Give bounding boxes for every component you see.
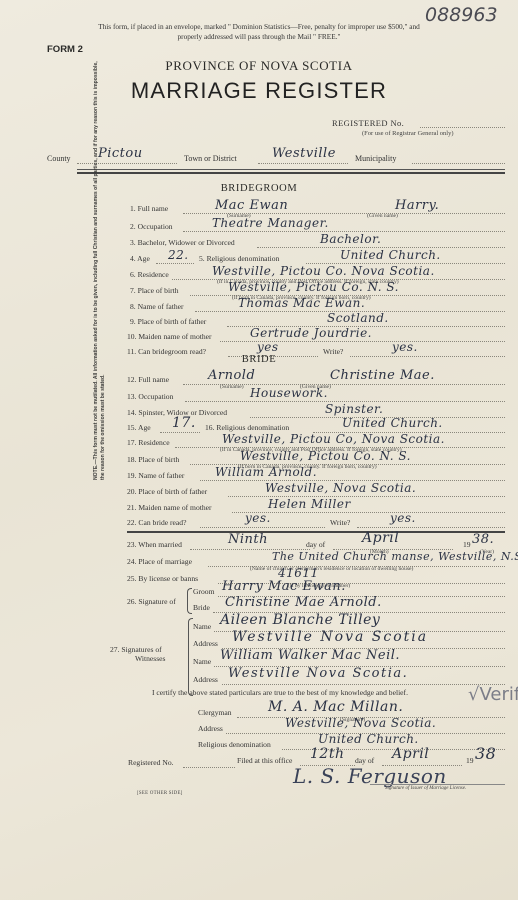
town-dots bbox=[258, 163, 348, 164]
registered-no-note: (For use of Registrar General only) bbox=[362, 130, 454, 137]
groom-father: Thomas Mac Ewan. bbox=[238, 296, 365, 310]
dots bbox=[232, 512, 505, 513]
groom-age: 22. bbox=[168, 248, 189, 262]
bride-surname: Arnold bbox=[208, 368, 255, 383]
dots bbox=[183, 767, 235, 768]
filed-day: 12th bbox=[310, 746, 344, 762]
groom-birthplace-label: 7. Place of birth bbox=[130, 286, 179, 295]
postal-notice-line1: This form, if placed in an envelope, mar… bbox=[0, 22, 518, 31]
province-heading: PROVINCE OF NOVA SCOTIA bbox=[0, 58, 518, 74]
bride-read: yes. bbox=[245, 511, 271, 525]
witnesses-label-line2: Witnesses bbox=[135, 654, 166, 663]
groom-age-label: 4. Age bbox=[130, 254, 150, 263]
license-number: 41611 bbox=[278, 566, 319, 580]
form-label: FORM 2 bbox=[47, 44, 83, 55]
filed-label: Filed at this office bbox=[237, 756, 292, 765]
bride-religion-label: 16. Religious denomination bbox=[205, 423, 289, 432]
bride-age: 17. bbox=[172, 415, 196, 431]
clergyman-address: Westville, Nova Scotia. bbox=[285, 716, 436, 730]
witness1-name-label: Name bbox=[193, 622, 211, 631]
place-of-marriage-label: 24. Place of marriage bbox=[127, 557, 192, 566]
surname-caption: (Surname) bbox=[220, 384, 244, 390]
dots bbox=[156, 263, 194, 264]
marriage-day: Ninth bbox=[228, 532, 268, 547]
groom-father-birthplace-label: 9. Place of birth of father bbox=[130, 317, 206, 326]
clergyman-religion-label: Religious denomination bbox=[198, 740, 271, 749]
groom-religion: United Church. bbox=[340, 248, 441, 262]
signature-of-label: 26. Signature of bbox=[127, 597, 176, 606]
bride-father-birthplace-label: 20. Place of birth of father bbox=[127, 487, 207, 496]
county-label: County bbox=[47, 154, 71, 163]
bride-father-label: 19. Name of father bbox=[127, 471, 184, 480]
bride-mother: Helen Miller bbox=[268, 497, 351, 511]
groom-given-name: Harry. bbox=[395, 198, 439, 213]
town-label: Town or District bbox=[184, 154, 237, 163]
town-value: Westville bbox=[272, 146, 336, 161]
groom-occupation-label: 2. Occupation bbox=[130, 222, 173, 231]
dots bbox=[200, 527, 325, 528]
bride-father-birthplace: Westville, Nova Scotia. bbox=[265, 481, 416, 495]
groom-residence: Westville, Pictou Co. Nova Scotia. bbox=[212, 264, 435, 278]
witness2-address-label: Address bbox=[193, 675, 218, 684]
bride-residence-label: 17. Residence bbox=[127, 438, 170, 447]
bride-birthplace: Westville, Pictou Co. N. S. bbox=[240, 449, 411, 463]
side-note: NOTE.—This form must not be mutilated. A… bbox=[93, 60, 107, 480]
year-prefix: 19 bbox=[463, 540, 471, 549]
bride-status: Spinster. bbox=[325, 402, 383, 416]
registered-no-field bbox=[420, 127, 505, 128]
witness1-address: Westville Nova Scotia bbox=[232, 629, 428, 645]
dots bbox=[160, 432, 200, 433]
bride-birthplace-label: 18. Place of birth bbox=[127, 455, 179, 464]
bride-heading: BRIDE bbox=[0, 354, 518, 365]
license-label: 25. By license or banns bbox=[127, 574, 198, 583]
groom-signature: Harry Mac Ewan. bbox=[222, 579, 346, 594]
given-name-caption: (Given name) bbox=[367, 213, 398, 219]
groom-status: Bachelor. bbox=[320, 232, 381, 246]
bride-write: yes. bbox=[390, 511, 416, 525]
marriage-register-document: 088963 This form, if placed in an envelo… bbox=[0, 0, 518, 900]
bride-occupation-label: 13. Occupation bbox=[127, 392, 173, 401]
bride-occupation: Housework. bbox=[250, 386, 328, 400]
place-caption: (Name of church or clergyman's residence… bbox=[250, 566, 413, 572]
municipality-label: Municipality bbox=[355, 154, 396, 163]
signature-brace bbox=[187, 588, 192, 614]
bride-label: Bride bbox=[193, 603, 210, 612]
clergyman-religion: United Church. bbox=[318, 732, 419, 746]
bride-given-name: Christine Mae. bbox=[330, 368, 435, 383]
witness1-name: Aileen Blanche Tilley bbox=[220, 612, 380, 628]
bride-read-label: 22. Can bride read? bbox=[127, 518, 186, 527]
groom-status-label: 3. Bachelor, Widower or Divorced bbox=[130, 238, 235, 247]
bride-father: William Arnold. bbox=[215, 465, 317, 479]
marriage-year: 38. bbox=[472, 532, 494, 547]
groom-label: Groom bbox=[193, 587, 215, 596]
bride-religion: United Church. bbox=[342, 416, 443, 430]
groom-mother: Gertrude Jourdrie. bbox=[250, 326, 372, 340]
certification-statement: I certify the above stated particulars a… bbox=[152, 688, 408, 697]
dots bbox=[222, 684, 505, 685]
dots bbox=[357, 527, 505, 528]
bride-full-name-label: 12. Full name bbox=[127, 375, 169, 384]
day-of-label: day of bbox=[306, 540, 325, 549]
bride-write-label: Write? bbox=[330, 518, 350, 527]
witness1-address-label: Address bbox=[193, 639, 218, 648]
municipality-dots bbox=[412, 163, 505, 164]
groom-father-birthplace: Scotland. bbox=[327, 311, 389, 325]
bride-mother-label: 21. Maiden name of mother bbox=[127, 503, 212, 512]
signature-line bbox=[370, 784, 505, 785]
verification-mark: √Verified bbox=[468, 684, 518, 705]
groom-read: yes bbox=[257, 340, 279, 354]
groom-full-name-label: 1. Full name bbox=[130, 204, 168, 213]
bride-residence: Westville, Pictou Co, Nova Scotia. bbox=[222, 432, 445, 446]
page-title: MARRIAGE REGISTER bbox=[0, 78, 518, 104]
registered-no-bottom-label: Registered No. bbox=[128, 758, 174, 767]
county-dots bbox=[77, 163, 177, 164]
clergyman-address-label: Address bbox=[198, 724, 223, 733]
groom-occupation: Theatre Manager. bbox=[212, 216, 329, 230]
postal-notice-line2: properly addressed will pass through the… bbox=[0, 32, 518, 41]
groom-mother-label: 10. Maiden name of mother bbox=[127, 332, 212, 341]
filed-year-prefix: 19 bbox=[466, 756, 474, 765]
filed-month: April bbox=[392, 746, 429, 762]
when-married-label: 23. When married bbox=[127, 540, 182, 549]
groom-surname: Mac Ewan bbox=[215, 198, 288, 213]
divider bbox=[77, 172, 505, 174]
witnesses-label-line1: 27. Signatures of bbox=[110, 645, 162, 654]
clergyman-signature: M. A. Mac Millan. bbox=[268, 699, 403, 715]
marriage-month: April bbox=[362, 530, 399, 546]
clergyman-label: Clergyman bbox=[198, 708, 232, 717]
groom-religion-label: 5. Religious denomination bbox=[199, 254, 279, 263]
witness2-address: Westville Nova Scotia. bbox=[228, 666, 408, 681]
marriage-place: The United Church manse, Westville, N.S. bbox=[272, 550, 518, 563]
groom-father-label: 8. Name of father bbox=[130, 302, 184, 311]
groom-write: yes. bbox=[392, 340, 418, 354]
filed-year: 38 bbox=[475, 744, 496, 763]
see-other-side: [SEE OTHER SIDE] bbox=[137, 791, 183, 796]
issuer-caption: Signature of Issuer of Marriage License. bbox=[385, 786, 466, 791]
groom-residence-label: 6. Residence bbox=[130, 270, 169, 279]
registered-no-label: REGISTERED No. bbox=[332, 118, 404, 128]
bride-age-label: 15. Age bbox=[127, 423, 151, 432]
divider bbox=[77, 169, 505, 170]
witness2-name-label: Name bbox=[193, 657, 211, 666]
witness2-name: William Walker Mac Neil. bbox=[220, 648, 400, 663]
bride-signature: Christine Mae Arnold. bbox=[225, 595, 382, 610]
divider bbox=[127, 531, 505, 533]
bridegroom-heading: BRIDEGROOM bbox=[0, 183, 518, 194]
groom-birthplace: Westville, Pictou Co. N. S. bbox=[228, 280, 399, 294]
